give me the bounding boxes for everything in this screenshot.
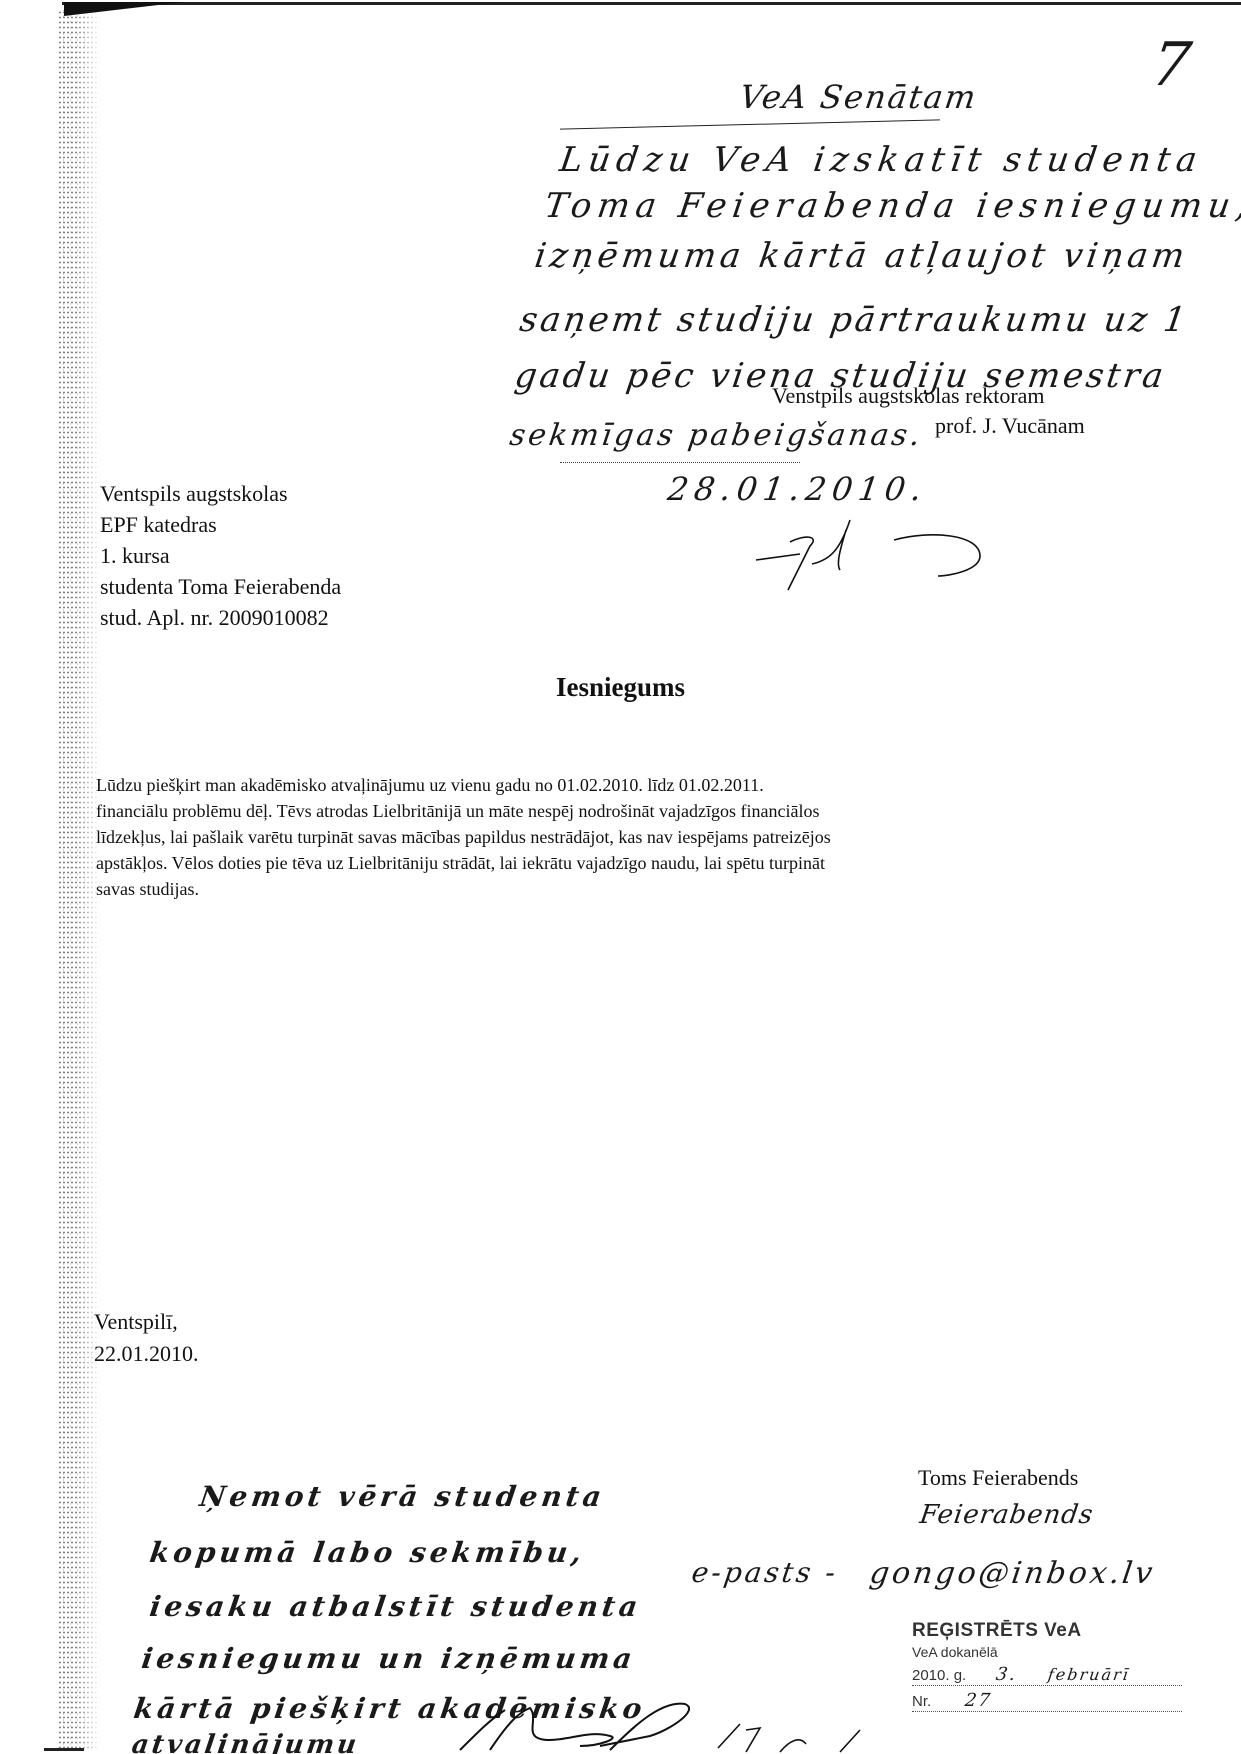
scan-corner-shadow <box>64 2 184 16</box>
place: Ventspilī, <box>94 1306 178 1337</box>
body-line: Lūdzu piešķirt man akadēmisko atvaļināju… <box>96 772 1116 798</box>
stamp-day: 3. <box>995 1664 1019 1685</box>
scan-bottom-edge <box>44 1748 84 1751</box>
rector-signature <box>750 520 990 600</box>
endorsement-line: kopumā labo sekmību, <box>148 1536 588 1569</box>
stamp-month: februārī <box>1046 1665 1131 1684</box>
addressee-line: prof. J. Vucānam <box>935 410 1085 441</box>
resolution-date: 28.01.2010. <box>665 470 930 508</box>
page-number-mark: 7 <box>1147 30 1197 100</box>
stamp-year: 2010. g. <box>912 1667 966 1684</box>
document-title: Iesniegums <box>0 672 1241 703</box>
dean-signature <box>450 1700 870 1754</box>
body-line: savas studijas. <box>96 876 1116 902</box>
addressee-line: Venstpils augstskolas rektoram <box>772 380 1045 411</box>
resolution-dotted-line <box>560 462 800 464</box>
sender-line: studenta Toma Feierabenda <box>100 571 341 602</box>
resolution-line: Lūdzu VeA izskatīt studenta <box>557 140 1205 180</box>
scan-shadow-edge <box>58 10 100 1750</box>
application-date: 22.01.2010. <box>94 1338 199 1369</box>
endorsement-line: Ņemot vērā studenta <box>198 1480 608 1513</box>
resolution-line: Toma Feierabenda iesniegumu, <box>542 186 1241 226</box>
scanned-document-page: 7 VeA Senātam Lūdzu VeA izskatīt student… <box>0 0 1241 1754</box>
scan-top-edge <box>62 2 1241 5</box>
sender-line: 1. kursa <box>100 540 170 571</box>
body-line: apstākļos. Vēlos doties pie tēva uz Liel… <box>96 850 1116 876</box>
stamp-number: 27 <box>964 1690 994 1711</box>
endorsement-line: iesniegumu un izņēmuma <box>140 1642 638 1675</box>
resolution-line: sekmīgas pabeigšanas. <box>508 418 926 453</box>
resolution-line: saņemt studiju pārtraukumu uz 1 <box>517 300 1191 340</box>
request-body: Lūdzu piešķirt man akadēmisko atvaļināju… <box>96 772 1116 902</box>
body-line: financiālu problēmu dēļ. Tēvs atrodas Li… <box>96 798 1116 824</box>
stamp-number-label: Nr. <box>912 1693 931 1710</box>
applicant-signature: Feierabends <box>918 1500 1096 1530</box>
applicant-name: Toms Feierabends <box>918 1462 1078 1493</box>
sender-line: EPF katedras <box>100 509 217 540</box>
registration-stamp: REĢISTRĒTS VeA VeA dokanēlā 2010. g. 3. … <box>912 1620 1182 1712</box>
sender-line: stud. Apl. nr. 2009010082 <box>100 602 329 633</box>
stamp-date-line: 2010. g. 3. februārī <box>912 1664 1182 1686</box>
endorsement-line: iesaku atbalstīt studenta <box>148 1590 644 1623</box>
stamp-title: REĢISTRĒTS VeA <box>912 1620 1182 1642</box>
resolution-heading: VeA Senātam <box>737 78 980 116</box>
email-label: e-pasts - <box>690 1556 841 1589</box>
resolution-underline <box>560 119 940 129</box>
resolution-line: gadu pēc viena studiju semestra <box>512 356 528 396</box>
endorsement-line: atvaļinājumu <box>130 1730 361 1754</box>
body-line: līdzekļus, lai pašlaik varētu turpināt s… <box>96 824 1116 850</box>
applicant-email: gongo@inbox.lv <box>868 1556 1158 1591</box>
resolution-line: izņēmuma kārtā atļaujot viņam <box>532 236 1191 276</box>
sender-line: Ventspils augstskolas <box>100 478 288 509</box>
stamp-number-line: Nr. 27 <box>912 1690 1182 1712</box>
stamp-office: VeA dokanēlā <box>912 1644 1182 1660</box>
